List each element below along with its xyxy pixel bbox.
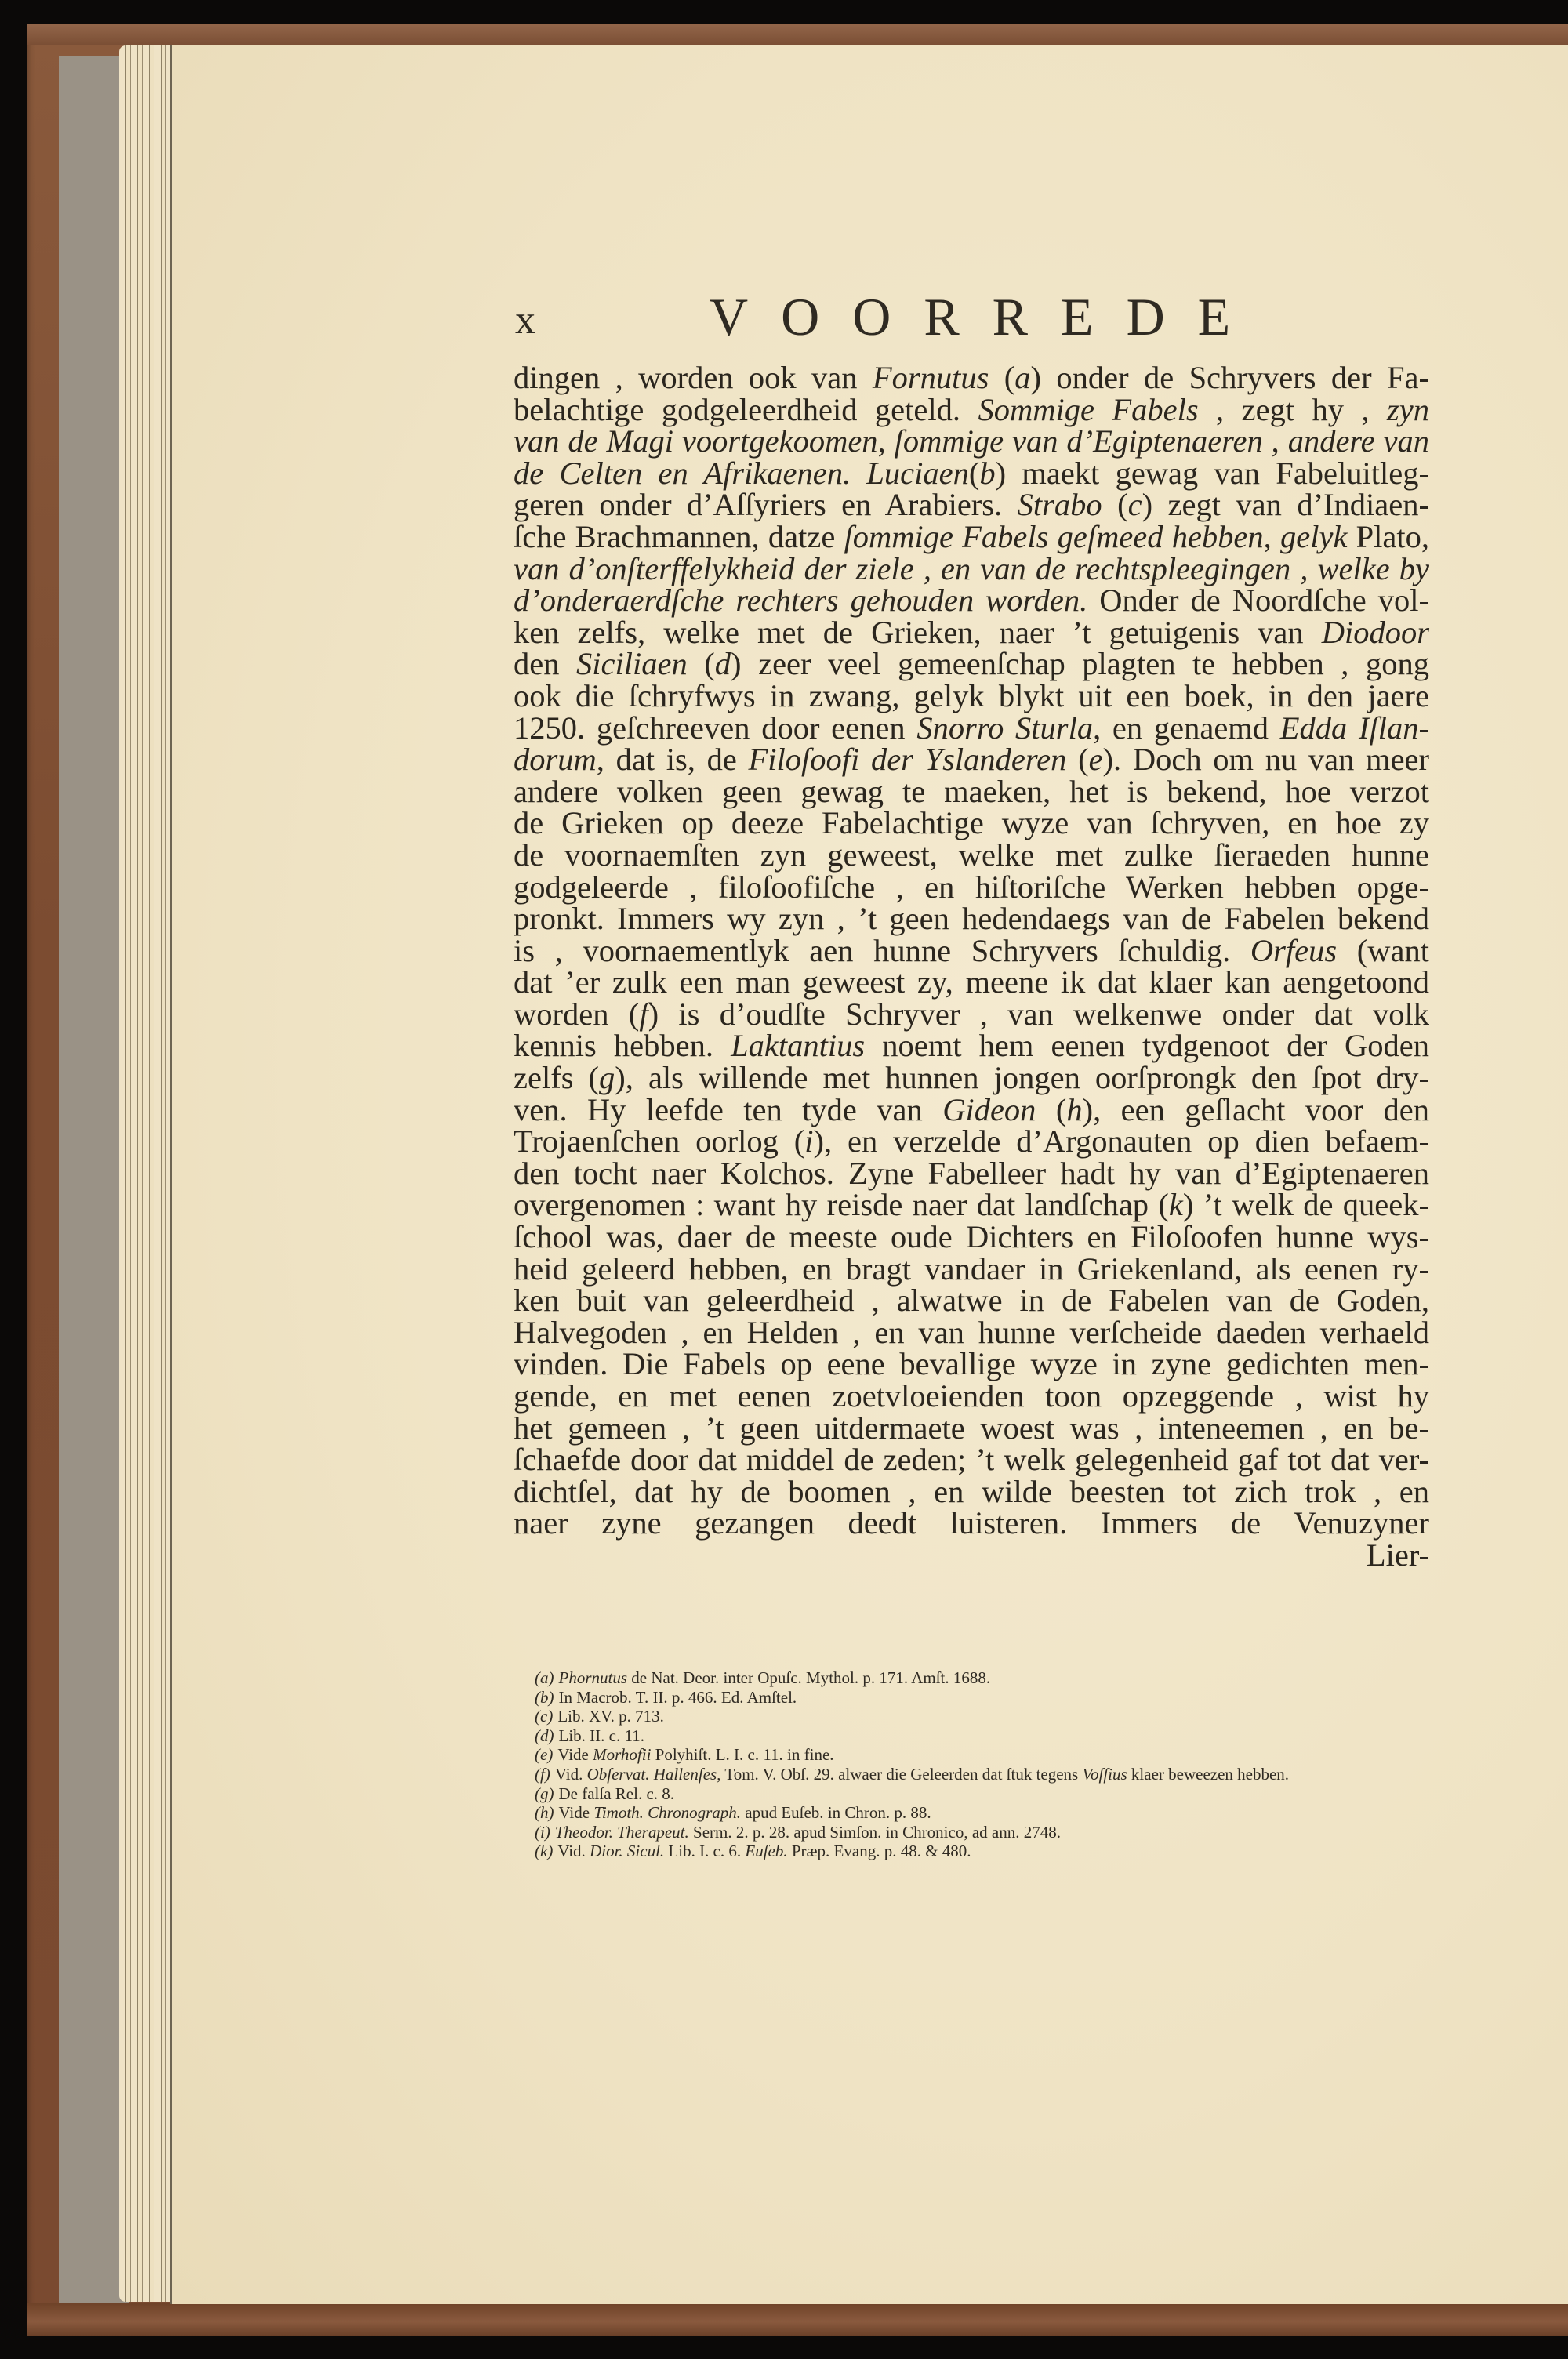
text-line: dingen , worden ook van Fornutus (a) ond… (514, 362, 1429, 394)
text-run: Lib. XV. p. 713. (557, 1707, 664, 1726)
page-header: x VOORREDE (514, 286, 1435, 349)
text-line: andere volken geen gewag te maeken, het … (514, 776, 1429, 808)
text-run: ) onder de Schryvers der Fa- (1031, 360, 1429, 395)
text-run: Serm. 2. p. 28. apud Simſon. in Chronico… (689, 1823, 1061, 1842)
text-line: geren onder d’Aſſyriers en Arabiers. Str… (514, 489, 1429, 521)
italic-run: Strabo (1018, 487, 1102, 522)
footnote-mark: (i) (535, 1823, 550, 1842)
italic-run: van de Magi voortgekoomen (514, 423, 878, 459)
text-run: ook die ſchryfwys in zwang, gelyk blykt … (514, 678, 1429, 713)
italic-run: Obſervat. Hallenſes (587, 1765, 717, 1784)
text-run: , dat is, de (597, 742, 749, 777)
text-run: dingen , worden ook van (514, 360, 873, 395)
footnote: (i)Theodor. Therapeut. Serm. 2. p. 28. a… (535, 1823, 1460, 1842)
text-run: , (1263, 423, 1288, 459)
footnote: (g)De falſa Rel. c. 8. (535, 1784, 1460, 1804)
text-line: ken buit van geleerdheid , alwatwe in de… (514, 1285, 1429, 1317)
italic-run: Filoſoofi der Yslanderen (749, 742, 1067, 777)
footnote: (b)In Macrob. T. II. p. 466. Ed. Amſtel. (535, 1688, 1460, 1708)
text-run: Lib. I. c. 6. (664, 1842, 745, 1860)
text-line: Halvegoden , en Helden , en van hunne ve… (514, 1317, 1429, 1349)
text-run: apud Euſeb. in Chron. p. 88. (741, 1803, 931, 1822)
italic-run: Snorro Sturla (916, 710, 1093, 746)
text-run: naer zyne gezangen deedt luisteren. Imme… (514, 1505, 1429, 1541)
footnote-mark: (a) (535, 1668, 554, 1687)
italic-run: Edda Iſlan- (1280, 710, 1429, 746)
text-run: ) maekt gewag van Fabeluitleg- (996, 455, 1429, 491)
italic-run: Luciaen (866, 455, 968, 491)
text-run: ( (1102, 487, 1128, 522)
text-run: godgeleerde , filoſoofiſche , en hiſtori… (514, 869, 1429, 905)
text-line: godgeleerde , filoſoofiſche , en hiſtori… (514, 872, 1429, 904)
text-run: ), als willende met hunnen jongen oorſpr… (615, 1060, 1429, 1095)
text-run: Lib. II. c. 11. (559, 1726, 644, 1745)
text-run: ( (1066, 742, 1088, 777)
italic-run: i (804, 1123, 813, 1159)
text-run: ken zelfs, welke met de Grieken, naer ’t… (514, 615, 1322, 650)
italic-run: Dior. Sicul. (590, 1842, 664, 1860)
text-run: , (878, 423, 895, 459)
text-run: ( (1036, 1092, 1066, 1127)
text-line: het gemeen , ’t geen uitdermaete woest w… (514, 1413, 1429, 1445)
text-run: ) zeer veel gemeenſchap plagten te hebbe… (731, 646, 1429, 681)
italic-run: k (1169, 1187, 1183, 1222)
footnotes: (a)Phornutus de Nat. Deor. inter Opuſc. … (535, 1668, 1460, 1861)
footnote-mark: (f) (535, 1765, 550, 1784)
catchword: Lier- (514, 1540, 1429, 1572)
italic-run: Gideon (942, 1092, 1036, 1127)
italic-run: Voſſius (1082, 1765, 1127, 1784)
text-line: overgenomen : want hy reisde naer dat la… (514, 1189, 1429, 1221)
text-run: ), en verzelde d’Argonauten op dien befa… (814, 1123, 1429, 1159)
text-run: ven. Hy leefde ten tyde van (514, 1092, 942, 1127)
text-run: andere volken geen gewag te maeken, het … (514, 774, 1429, 809)
text-run: Halvegoden , en Helden , en van hunne ve… (514, 1315, 1429, 1350)
italic-run: Phornutus (559, 1668, 628, 1687)
text-line: ven. Hy leefde ten tyde van Gideon (h), … (514, 1094, 1429, 1127)
text-run: ſche Brachmannen, datze (514, 519, 844, 554)
text-line: heid geleerd hebben, en bragt vandaer in… (514, 1254, 1429, 1286)
footnote-mark: (h) (535, 1803, 554, 1822)
text-line: den Siciliaen (d) zeer veel gemeenſchap … (514, 648, 1429, 680)
footnote-mark: (g) (535, 1784, 554, 1803)
text-run: de voornaemſten zyn geweest, welke met z… (514, 837, 1429, 873)
italic-run: e (1089, 742, 1103, 777)
footnote: (a)Phornutus de Nat. Deor. inter Opuſc. … (535, 1668, 1460, 1688)
text-line: worden (f) is d’oudſte Schryver , van we… (514, 999, 1429, 1031)
text-run: , zegt hy , (1199, 392, 1387, 427)
text-line: de Grieken op deeze Fabelachtige wyze va… (514, 808, 1429, 840)
text-line: pronkt. Immers wy zyn , ’t geen hedendae… (514, 903, 1429, 935)
footnote-mark: (d) (535, 1726, 554, 1745)
text-run: ), een geſlacht voor den (1083, 1092, 1429, 1127)
italic-run: zyn (1387, 392, 1429, 427)
text-run: ſchool was, daer de meeste oude Dichters… (514, 1219, 1429, 1254)
italic-run: ſommige van d’Egiptenaeren (895, 423, 1263, 459)
text-run: , (1264, 519, 1280, 554)
text-line: zelfs (g), als willende met hunnen jonge… (514, 1062, 1429, 1094)
text-line: van d’onſterffelykheid der ziele , en va… (514, 553, 1429, 586)
text-line: Trojaenſchen oorlog (i), en verzelde d’A… (514, 1126, 1429, 1158)
text-run: Vid. (555, 1765, 587, 1784)
footnote: (h)Vide Timoth. Chronograph. apud Euſeb.… (535, 1803, 1460, 1823)
footnote: (e)Vide Morhofii Polyhiſt. L. I. c. 11. … (535, 1745, 1460, 1765)
text-line: naer zyne gezangen deedt luisteren. Imme… (514, 1508, 1429, 1540)
book-cover-top-edge (27, 24, 1568, 45)
italic-run: Theodor. Therapeut. (555, 1823, 689, 1842)
text-run: geren onder d’Aſſyriers en Arabiers. (514, 487, 1018, 522)
text-line: ſchaefde door dat middel de zeden; ’t we… (514, 1444, 1429, 1476)
footnote: (d)Lib. II. c. 11. (535, 1726, 1460, 1746)
footnote: (f)Vid. Obſervat. Hallenſes, Tom. V. Obſ… (535, 1765, 1460, 1784)
text-run: Præp. Evang. p. 48. & 480. (788, 1842, 971, 1860)
text-run: ſchaefde door dat middel de zeden; ’t we… (514, 1442, 1429, 1477)
running-title: VOORREDE (710, 286, 1263, 348)
text-run: worden ( (514, 996, 639, 1032)
page-number: x (515, 297, 535, 343)
footnote: (c)Lib. XV. p. 713. (535, 1707, 1460, 1726)
italic-run: a (1014, 360, 1030, 395)
text-run: pronkt. Immers wy zyn , ’t geen hedendae… (514, 901, 1429, 936)
book-cover-bottom-edge (27, 2303, 1568, 2336)
text-run: de Nat. Deor. inter Opuſc. Mythol. p. 17… (627, 1668, 990, 1687)
italic-run: d’onderaerdſche rechters gehouden worden… (514, 582, 1087, 618)
text-run: ) zegt van d’Indiaen- (1142, 487, 1429, 522)
text-run: De falſa Rel. c. 8. (559, 1784, 675, 1803)
text-run: ( (688, 646, 715, 681)
italic-run: de Celten en Afrikaenen. (514, 455, 851, 491)
text-run: is , voornaementlyk aen hunne Schryvers … (514, 933, 1250, 968)
italic-run: c (1128, 487, 1142, 522)
text-run: de Grieken op deeze Fabelachtige wyze va… (514, 805, 1429, 840)
text-run: het gemeen , ’t geen uitdermaete woest w… (514, 1410, 1429, 1446)
italic-run: Sommige Fabels (978, 392, 1198, 427)
text-run: , en genaemd (1093, 710, 1280, 746)
footnote-mark: (b) (535, 1688, 554, 1707)
text-line: de voornaemſten zyn geweest, welke met z… (514, 840, 1429, 872)
text-run: Onder de Noordſche vol- (1087, 582, 1429, 618)
italic-run: g (599, 1060, 615, 1095)
text-line: van de Magi voortgekoomen, ſommige van d… (514, 426, 1429, 458)
text-run: klaer beweezen hebben. (1127, 1765, 1289, 1784)
text-run: ken buit van geleerdheid , alwatwe in de… (514, 1283, 1429, 1318)
text-run: gende, en met eenen zoetvloeienden toon … (514, 1378, 1429, 1414)
text-line: is , voornaementlyk aen hunne Schryvers … (514, 935, 1429, 967)
text-line: 1250. geſchreeven door eenen Snorro Stur… (514, 713, 1429, 745)
italic-run: h (1066, 1092, 1082, 1127)
text-run: ) is d’oudſte Schryver , van welkenwe on… (648, 996, 1429, 1032)
text-run: overgenomen : want hy reisde naer dat la… (514, 1187, 1169, 1222)
text-line: de Celten en Afrikaenen. Luciaen(b) maek… (514, 458, 1429, 490)
text-run: Vid. (557, 1842, 590, 1860)
text-line: d’onderaerdſche rechters gehouden worden… (514, 585, 1429, 617)
text-line: dat ’er zulk een man geweest zy, meene i… (514, 967, 1429, 999)
text-run: belachtige godgeleerdheid geteld. (514, 392, 978, 427)
text-line: ken zelfs, welke met de Grieken, naer ’t… (514, 617, 1429, 649)
text-run: noemt hem eenen tydgenoot der Goden (865, 1028, 1429, 1063)
italic-run: Morhofii (593, 1745, 651, 1764)
italic-run: Fornutus (873, 360, 989, 395)
text-run: Plato, (1347, 519, 1429, 554)
italic-run: Laktantius (731, 1028, 865, 1063)
text-run: , Tom. V. Obſ. 29. alwaer die Geleerden … (717, 1765, 1082, 1784)
text-run: Trojaenſchen oorlog ( (514, 1123, 804, 1159)
text-line: dichtſel, dat hy de boomen , en wilde be… (514, 1476, 1429, 1508)
text-run: 1250. geſchreeven door eenen (514, 710, 916, 746)
text-run: zelfs ( (514, 1060, 599, 1095)
italic-run: andere van (1288, 423, 1429, 459)
italic-run: Diodoor (1322, 615, 1429, 650)
text-run: den (514, 646, 576, 681)
text-run: kennis hebben. (514, 1028, 731, 1063)
text-run: vinden. Die Fabels op eene bevallige wyz… (514, 1346, 1429, 1381)
text-run: dichtſel, dat hy de boomen , en wilde be… (514, 1474, 1429, 1509)
text-run: In Macrob. T. II. p. 466. Ed. Amſtel. (559, 1688, 797, 1707)
text-line: ook die ſchryfwys in zwang, gelyk blykt … (514, 680, 1429, 713)
text-run: Vide (557, 1745, 593, 1764)
text-line: dorum, dat is, de Filoſoofi der Yslander… (514, 744, 1429, 776)
italic-run: Timoth. Chronograph. (593, 1803, 741, 1822)
text-run: (want (1337, 933, 1429, 968)
italic-run: van d’onſterffelykheid der ziele , en va… (514, 551, 1429, 586)
text-line: gende, en met eenen zoetvloeienden toon … (514, 1381, 1429, 1413)
italic-run: ſommige Fabels geſmeed hebben (844, 519, 1264, 554)
text-line: den tocht naer Kolchos. Zyne Fabelleer h… (514, 1158, 1429, 1190)
italic-run: b (979, 455, 995, 491)
italic-run: f (639, 996, 648, 1032)
text-line: kennis hebben. Laktantius noemt hem eene… (514, 1030, 1429, 1062)
footnote-mark: (c) (535, 1707, 553, 1726)
footnote: (k)Vid. Dior. Sicul. Lib. I. c. 6. Euſeb… (535, 1842, 1460, 1861)
body-text: dingen , worden ook van Fornutus (a) ond… (514, 362, 1429, 1572)
italic-run: Orfeus (1250, 933, 1337, 968)
text-line: ſchool was, daer de meeste oude Dichters… (514, 1221, 1429, 1254)
italic-run: Siciliaen (576, 646, 688, 681)
text-run: ( (989, 360, 1014, 395)
footnote-mark: (k) (535, 1842, 553, 1860)
text-run: heid geleerd hebben, en bragt vandaer in… (514, 1251, 1429, 1287)
italic-run: gelyk (1280, 519, 1347, 554)
italic-run: Euſeb. (745, 1842, 787, 1860)
footnote-mark: (e) (535, 1745, 553, 1764)
text-run (851, 455, 866, 491)
text-run: den tocht naer Kolchos. Zyne Fabelleer h… (514, 1156, 1429, 1191)
text-run: Vide (559, 1803, 594, 1822)
text-run: ( (969, 455, 980, 491)
italic-run: d (715, 646, 731, 681)
text-run: ). Doch om nu van meer (1103, 742, 1429, 777)
text-run: ) ’t welk de queek- (1183, 1187, 1429, 1222)
text-line: ſche Brachmannen, datze ſommige Fabels g… (514, 521, 1429, 553)
text-line: belachtige godgeleerdheid geteld. Sommig… (514, 394, 1429, 426)
text-run: Polyhiſt. L. I. c. 11. in fine. (651, 1745, 833, 1764)
text-run: dat ’er zulk een man geweest zy, meene i… (514, 964, 1429, 1000)
italic-run: dorum (514, 742, 597, 777)
text-line: vinden. Die Fabels op eene bevallige wyz… (514, 1348, 1429, 1381)
page-edges-stack (119, 45, 171, 2302)
